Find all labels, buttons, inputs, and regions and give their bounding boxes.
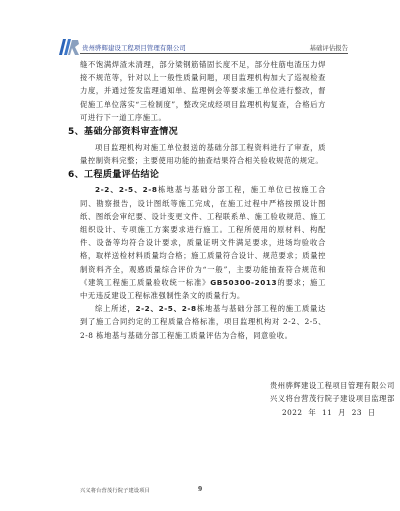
- signature-company: 贵州骅辉建设工程项目管理有限公司: [270, 379, 380, 392]
- section-6-paragraph-1: 2-2、2-5、2-8栋地基与基础分部工程，施工单位已按施工合同、勘察报告，设计…: [80, 183, 326, 302]
- header-company-name: 贵州骅辉建设工程项目管理有限公司: [82, 43, 186, 52]
- date-year-label: 年: [308, 408, 316, 417]
- section-6-paragraph-2: 综上所述，2-2、2-5、2-8栋地基与基础分部工程的施工质量达到了施工合同约定…: [80, 302, 326, 342]
- date-day: 23: [352, 408, 362, 417]
- header-divider: [80, 53, 348, 54]
- building-numbers: 2-2、2-5、2-8: [135, 304, 196, 313]
- section-6-heading: 6、工程质量评估结论: [68, 169, 326, 183]
- date-month: 11: [322, 408, 332, 417]
- date-month-label: 月: [338, 408, 346, 417]
- paragraph-continued: 缝不饱满焊渣未清理，部分梁钢筋锚固长度不足，部分柱筋电渣压力焊接不规范等，针对以…: [80, 58, 326, 124]
- document-page: 贵州骅辉建设工程项目管理有限公司 基础评估报告 缝不饱满焊渣未清理，部分梁钢筋锚…: [0, 0, 400, 511]
- page-number: 9: [198, 486, 202, 493]
- paragraph-lead: 综上所述，: [95, 304, 135, 313]
- signature-date: 2022 年 11 月 23 日: [270, 406, 380, 419]
- building-numbers: 2-2、2-5、2-8: [95, 185, 158, 194]
- document-body: 缝不饱满焊渣未清理，部分梁钢筋锚固长度不足，部分柱筋电渣压力焊接不规范等，针对以…: [80, 58, 326, 342]
- standard-code: GB50300-2013: [210, 278, 277, 287]
- company-logo-icon: [58, 38, 80, 55]
- header-doc-title: 基础评估报告: [310, 43, 348, 52]
- section-5-heading: 5、基础分部资料审查情况: [68, 126, 326, 140]
- signature-department: 兴义将台营茂行院子建设项目监理部: [270, 392, 380, 405]
- date-day-label: 日: [368, 408, 376, 417]
- page-header: 贵州骅辉建设工程项目管理有限公司 基础评估报告: [58, 38, 348, 56]
- footer-project-name: 兴义将台营茂行院子建设项目: [80, 487, 150, 494]
- signature-block: 贵州骅辉建设工程项目管理有限公司 兴义将台营茂行院子建设项目监理部 2022 年…: [270, 379, 380, 419]
- date-year: 2022: [282, 408, 303, 417]
- paragraph-text: 栋地基与基础分部工程，施工单位已按施工合同、勘察报告，设计图纸等施工完成，在施工…: [80, 185, 326, 286]
- section-5-paragraph: 项目监理机构对施工单位报送的基础分部工程资料进行了审查，质量控制资料完整；主要使…: [80, 141, 326, 167]
